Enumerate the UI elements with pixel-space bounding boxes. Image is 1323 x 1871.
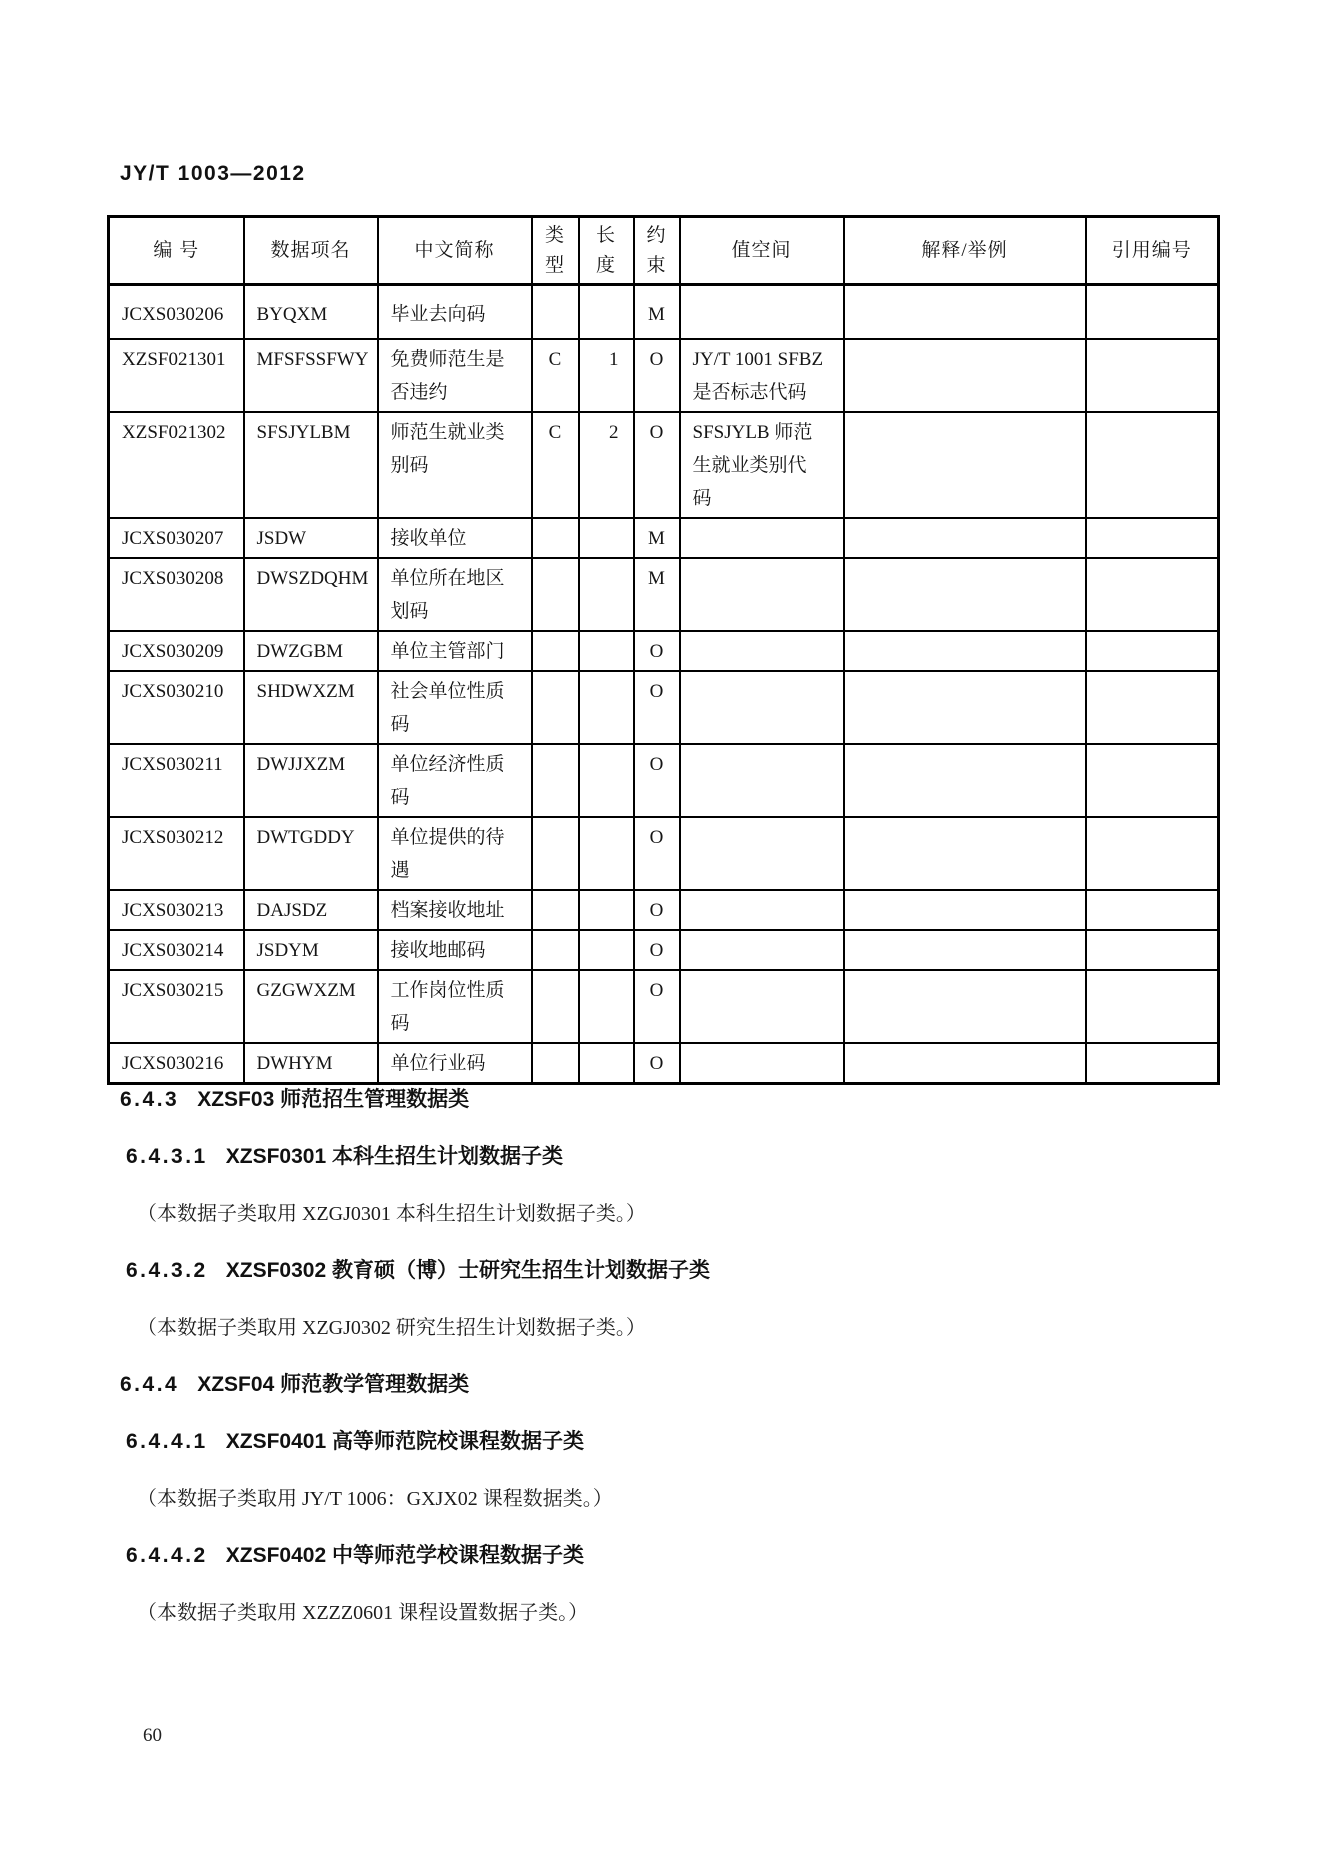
cell-id: XZSF021301	[109, 339, 244, 412]
cell-constraint: O	[634, 930, 680, 970]
cell-cn: 毕业去向码	[378, 285, 532, 339]
column-header-5: 约 束	[634, 217, 680, 285]
section-number: 6.4.4.1	[126, 1430, 208, 1453]
section-paragraph: （本数据子类取用 XZGJ0301 本科生招生计划数据子类。）	[137, 1199, 1323, 1229]
section-number: 6.4.4	[120, 1373, 179, 1396]
cell-cn: 单位主管部门	[378, 631, 532, 671]
cell-ref	[1086, 558, 1219, 631]
column-header-3: 类 型	[532, 217, 579, 285]
table-row: XZSF021302SFSJYLBM师范生就业类 别码C2OSFSJYLB 师范…	[109, 412, 1219, 518]
section-heading: 6.4.4.1XZSF0401 高等师范院校课程数据子类	[126, 1427, 1323, 1457]
cell-ref	[1086, 744, 1219, 817]
cell-value_space	[680, 890, 844, 930]
cell-type	[532, 970, 579, 1043]
cell-explain	[844, 744, 1086, 817]
table-row: JCXS030206BYQXM毕业去向码M	[109, 285, 1219, 339]
cell-explain	[844, 890, 1086, 930]
cell-constraint: O	[634, 817, 680, 890]
cell-name: GZGWXZM	[244, 970, 378, 1043]
section-title: XZSF0302 教育硕（博）士研究生招生计划数据子类	[226, 1259, 710, 1282]
cell-len: 1	[579, 339, 634, 412]
cell-len	[579, 970, 634, 1043]
cell-len	[579, 518, 634, 558]
table-row: JCXS030207JSDW接收单位M	[109, 518, 1219, 558]
table-row: JCXS030210SHDWXZM社会单位性质 码O	[109, 671, 1219, 744]
cell-value_space	[680, 631, 844, 671]
cell-cn: 免费师范生是 否违约	[378, 339, 532, 412]
cell-explain	[844, 339, 1086, 412]
cell-id: JCXS030213	[109, 890, 244, 930]
cell-constraint: M	[634, 558, 680, 631]
cell-value_space: JY/T 1001 SFBZ 是否标志代码	[680, 339, 844, 412]
cell-type	[532, 671, 579, 744]
cell-ref	[1086, 970, 1219, 1043]
table-row: JCXS030213DAJSDZ档案接收地址O	[109, 890, 1219, 930]
cell-constraint: O	[634, 412, 680, 518]
table-row: JCXS030214JSDYM接收地邮码O	[109, 930, 1219, 970]
cell-cn: 师范生就业类 别码	[378, 412, 532, 518]
table-body: JCXS030206BYQXM毕业去向码MXZSF021301MFSFSSFWY…	[109, 285, 1219, 1084]
cell-len	[579, 890, 634, 930]
cell-ref	[1086, 518, 1219, 558]
cell-ref	[1086, 285, 1219, 339]
section-number: 6.4.3	[120, 1088, 179, 1111]
section-paragraph: （本数据子类取用 JY/T 1006：GXJX02 课程数据类。）	[137, 1484, 1323, 1514]
cell-name: JSDYM	[244, 930, 378, 970]
cell-id: XZSF021302	[109, 412, 244, 518]
cell-value_space	[680, 518, 844, 558]
cell-ref	[1086, 890, 1219, 930]
cell-id: JCXS030209	[109, 631, 244, 671]
sections: 6.4.3XZSF03 师范招生管理数据类6.4.3.1XZSF0301 本科生…	[0, 1063, 1323, 1628]
cell-value_space	[680, 744, 844, 817]
cell-len	[579, 631, 634, 671]
section-title: XZSF04 师范教学管理数据类	[197, 1373, 469, 1396]
cell-value_space	[680, 970, 844, 1043]
cell-value_space	[680, 285, 844, 339]
cell-type	[532, 558, 579, 631]
cell-constraint: O	[634, 631, 680, 671]
cell-type: C	[532, 412, 579, 518]
cell-name: DWTGDDY	[244, 817, 378, 890]
table-row: JCXS030208DWSZDQHM单位所在地区 划码M	[109, 558, 1219, 631]
section-title: XZSF03 师范招生管理数据类	[197, 1088, 469, 1111]
cell-id: JCXS030208	[109, 558, 244, 631]
table-row: JCXS030211DWJJXZM单位经济性质 码O	[109, 744, 1219, 817]
cell-id: JCXS030210	[109, 671, 244, 744]
cell-name: DWZGBM	[244, 631, 378, 671]
page: { "page": { "doc_code": "JY/T 1003—2012"…	[0, 0, 1323, 1871]
cell-value_space	[680, 558, 844, 631]
cell-ref	[1086, 631, 1219, 671]
section-heading: 6.4.4.2XZSF0402 中等师范学校课程数据子类	[126, 1541, 1323, 1571]
data-items-table: 编 号数据项名中文简称类 型长 度约 束值空间解释/举例引用编号 JCXS030…	[107, 215, 1220, 1085]
cell-explain	[844, 558, 1086, 631]
cell-name: DWJJXZM	[244, 744, 378, 817]
cell-type	[532, 930, 579, 970]
cell-type	[532, 285, 579, 339]
cell-value_space: SFSJYLB 师范 生就业类别代 码	[680, 412, 844, 518]
cell-cn: 接收地邮码	[378, 930, 532, 970]
section-number: 6.4.3.1	[126, 1145, 208, 1168]
cell-type: C	[532, 339, 579, 412]
cell-len	[579, 744, 634, 817]
cell-name: SFSJYLBM	[244, 412, 378, 518]
cell-cn: 单位所在地区 划码	[378, 558, 532, 631]
cell-type	[532, 631, 579, 671]
cell-len	[579, 671, 634, 744]
cell-explain	[844, 817, 1086, 890]
section-heading: 6.4.3XZSF03 师范招生管理数据类	[120, 1085, 1323, 1115]
cell-type	[532, 518, 579, 558]
cell-cn: 社会单位性质 码	[378, 671, 532, 744]
table-row: JCXS030212DWTGDDY单位提供的待 遇O	[109, 817, 1219, 890]
cell-explain	[844, 631, 1086, 671]
cell-ref	[1086, 339, 1219, 412]
cell-id: JCXS030212	[109, 817, 244, 890]
table-row: JCXS030215GZGWXZM工作岗位性质 码O	[109, 970, 1219, 1043]
section-heading: 6.4.4XZSF04 师范教学管理数据类	[120, 1370, 1323, 1400]
column-header-2: 中文简称	[378, 217, 532, 285]
column-header-1: 数据项名	[244, 217, 378, 285]
section-number: 6.4.4.2	[126, 1544, 208, 1567]
cell-len	[579, 930, 634, 970]
cell-cn: 工作岗位性质 码	[378, 970, 532, 1043]
cell-value_space	[680, 930, 844, 970]
cell-cn: 档案接收地址	[378, 890, 532, 930]
cell-constraint: O	[634, 671, 680, 744]
cell-type	[532, 744, 579, 817]
cell-len	[579, 558, 634, 631]
section-heading: 6.4.3.2XZSF0302 教育硕（博）士研究生招生计划数据子类	[126, 1256, 1323, 1286]
cell-cn: 单位提供的待 遇	[378, 817, 532, 890]
section-title: XZSF0401 高等师范院校课程数据子类	[226, 1430, 584, 1453]
table-header-row: 编 号数据项名中文简称类 型长 度约 束值空间解释/举例引用编号	[109, 217, 1219, 285]
cell-ref	[1086, 930, 1219, 970]
cell-name: BYQXM	[244, 285, 378, 339]
section-number: 6.4.3.2	[126, 1259, 208, 1282]
cell-explain	[844, 412, 1086, 518]
cell-len	[579, 285, 634, 339]
cell-value_space	[680, 671, 844, 744]
cell-type	[532, 817, 579, 890]
cell-ref	[1086, 412, 1219, 518]
cell-cn: 接收单位	[378, 518, 532, 558]
cell-constraint: O	[634, 890, 680, 930]
column-header-8: 引用编号	[1086, 217, 1219, 285]
cell-name: DAJSDZ	[244, 890, 378, 930]
column-header-7: 解释/举例	[844, 217, 1086, 285]
section-paragraph: （本数据子类取用 XZGJ0302 研究生招生计划数据子类。）	[137, 1313, 1323, 1343]
column-header-0: 编 号	[109, 217, 244, 285]
table-row: JCXS030209DWZGBM单位主管部门O	[109, 631, 1219, 671]
cell-constraint: M	[634, 518, 680, 558]
section-heading: 6.4.3.1XZSF0301 本科生招生计划数据子类	[126, 1142, 1323, 1172]
cell-id: JCXS030206	[109, 285, 244, 339]
section-title: XZSF0402 中等师范学校课程数据子类	[226, 1544, 584, 1567]
cell-explain	[844, 671, 1086, 744]
cell-name: MFSFSSFWY	[244, 339, 378, 412]
column-header-4: 长 度	[579, 217, 634, 285]
column-header-6: 值空间	[680, 217, 844, 285]
cell-constraint: O	[634, 744, 680, 817]
cell-explain	[844, 285, 1086, 339]
cell-explain	[844, 970, 1086, 1043]
cell-name: JSDW	[244, 518, 378, 558]
cell-name: DWSZDQHM	[244, 558, 378, 631]
cell-ref	[1086, 671, 1219, 744]
document-code: JY/T 1003—2012	[120, 162, 306, 186]
cell-explain	[844, 518, 1086, 558]
cell-name: SHDWXZM	[244, 671, 378, 744]
cell-cn: 单位经济性质 码	[378, 744, 532, 817]
page-number: 60	[143, 1725, 162, 1747]
cell-id: JCXS030214	[109, 930, 244, 970]
cell-len	[579, 817, 634, 890]
cell-id: JCXS030215	[109, 970, 244, 1043]
section-title: XZSF0301 本科生招生计划数据子类	[226, 1145, 563, 1168]
cell-value_space	[680, 817, 844, 890]
cell-len: 2	[579, 412, 634, 518]
cell-explain	[844, 930, 1086, 970]
table-row: XZSF021301MFSFSSFWY免费师范生是 否违约C1OJY/T 100…	[109, 339, 1219, 412]
section-paragraph: （本数据子类取用 XZZZ0601 课程设置数据子类。）	[137, 1598, 1323, 1628]
cell-constraint: M	[634, 285, 680, 339]
cell-constraint: O	[634, 970, 680, 1043]
cell-ref	[1086, 817, 1219, 890]
cell-id: JCXS030207	[109, 518, 244, 558]
cell-constraint: O	[634, 339, 680, 412]
cell-id: JCXS030211	[109, 744, 244, 817]
cell-type	[532, 890, 579, 930]
